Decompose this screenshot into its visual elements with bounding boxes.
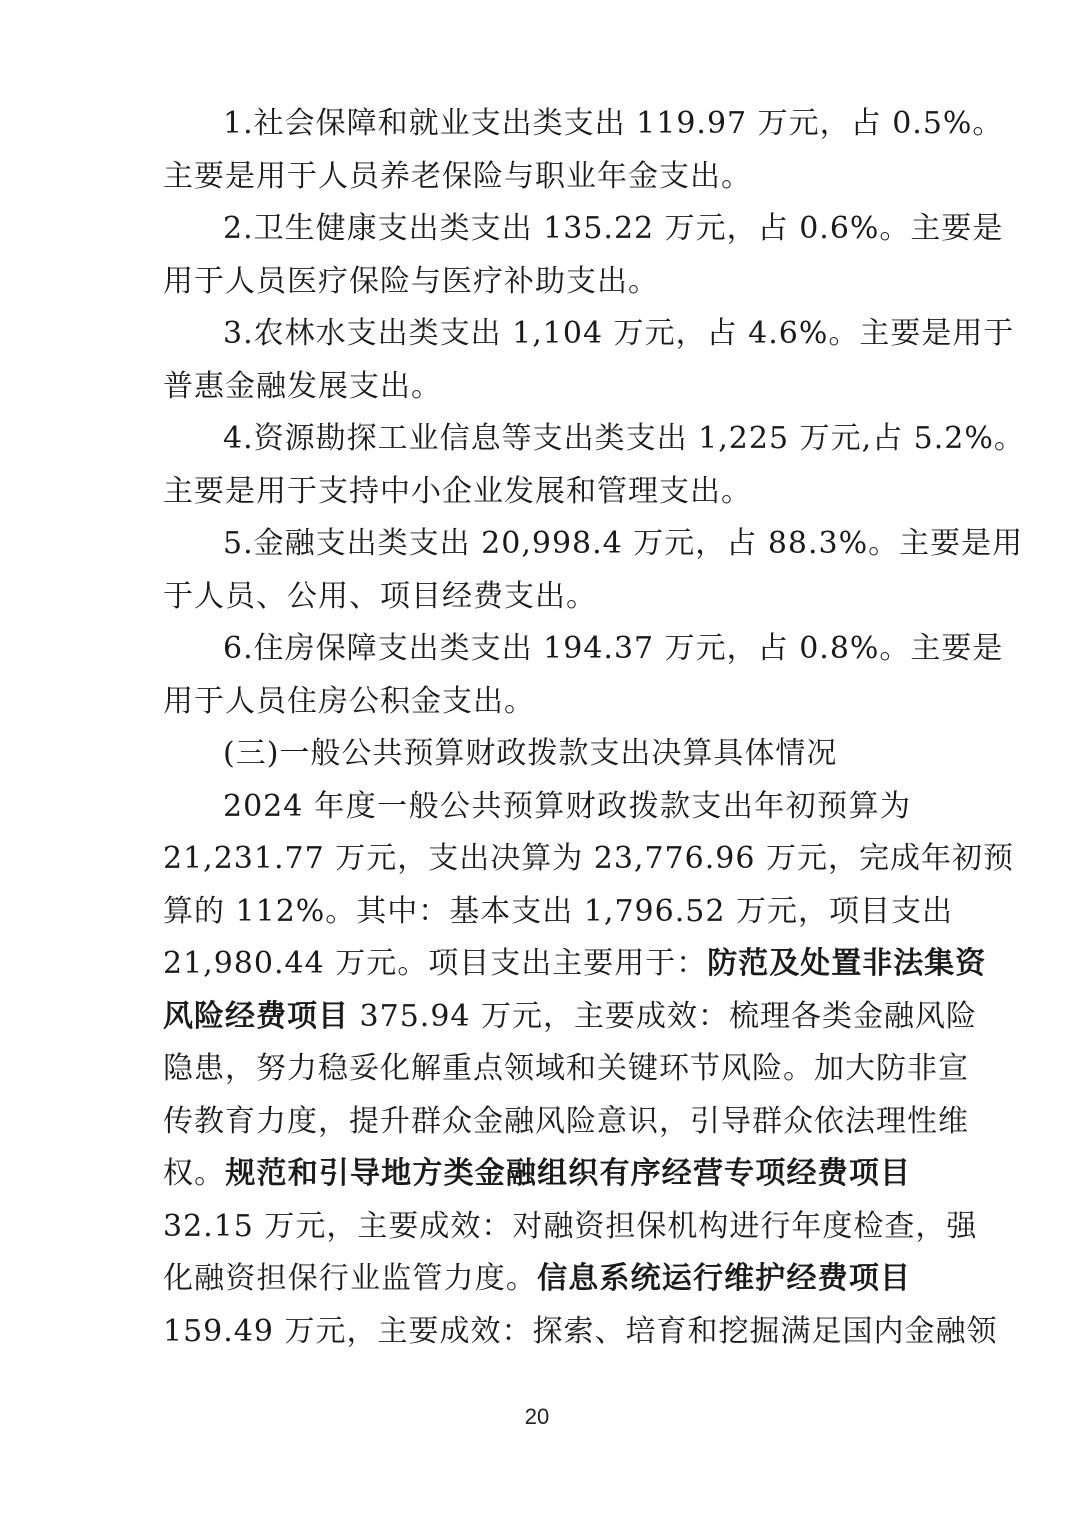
item-line: 于人员、公用、项目经费支出。 [163, 571, 911, 624]
body-line: 159.49 万元，主要成效：探索、培育和挖掘满足国内金融领 [163, 1306, 911, 1359]
expenditure-item-3: 3.农林水支出类支出 1,104 万元，占 4.6%。主要是用于 普惠金融发展支… [163, 308, 911, 413]
item-line: 1.社会保障和就业支出类支出 119.97 万元，占 0.5%。 [163, 98, 911, 151]
expenditure-item-4: 4.资源勘探工业信息等支出类支出 1,225 万元,占 5.2%。 主要是用于支… [163, 413, 911, 518]
expenditure-item-6: 6.住房保障支出类支出 194.37 万元，占 0.8%。主要是 用于人员住房公… [163, 623, 911, 728]
project-name-bold: 防范及处置非法集资 [707, 946, 986, 981]
item-line: 3.农林水支出类支出 1,104 万元，占 4.6%。主要是用于 [163, 308, 911, 361]
page-number: 20 [0, 1404, 1074, 1430]
body-line: 风险经费项目 375.94 万元，主要成效：梳理各类金融风险 [163, 991, 911, 1044]
body-text: 21,980.44 万元。项目支出主要用于： [163, 946, 707, 981]
item-line: 4.资源勘探工业信息等支出类支出 1,225 万元,占 5.2%。 [163, 413, 911, 466]
project-name-bold: 风险经费项目 [163, 999, 349, 1034]
body-line: 传教育力度，提升群众金融风险意识，引导群众依法理性维 [163, 1096, 911, 1149]
body-text: 375.94 万元，主要成效：梳理各类金融风险 [349, 999, 977, 1034]
item-line: 2.卫生健康支出类支出 135.22 万元，占 0.6%。主要是 [163, 203, 911, 256]
project-name-bold: 规范和引导地方类金融组织有序经营专项经费项目 [225, 1156, 911, 1191]
body-line: 化融资担保行业监管力度。信息系统运行维护经费项目 [163, 1253, 911, 1306]
item-line: 5.金融支出类支出 20,998.4 万元，占 88.3%。主要是用 [163, 518, 911, 571]
expenditure-item-5: 5.金融支出类支出 20,998.4 万元，占 88.3%。主要是用 于人员、公… [163, 518, 911, 623]
body-text: 化融资担保行业监管力度。 [163, 1261, 537, 1296]
item-line: 主要是用于人员养老保险与职业年金支出。 [163, 151, 911, 204]
body-line: 权。规范和引导地方类金融组织有序经营专项经费项目 [163, 1148, 911, 1201]
document-page: 1.社会保障和就业支出类支出 119.97 万元，占 0.5%。 主要是用于人员… [163, 98, 911, 1358]
body-line: 隐患，努力稳妥化解重点领域和关键环节风险。加大防非宣 [163, 1043, 911, 1096]
body-line: 2024 年度一般公共预算财政拨款支出年初预算为 [163, 781, 911, 834]
body-line: 21,231.77 万元，支出决算为 23,776.96 万元，完成年初预 [163, 833, 911, 886]
item-line: 用于人员医疗保险与医疗补助支出。 [163, 256, 911, 309]
item-line: 6.住房保障支出类支出 194.37 万元，占 0.8%。主要是 [163, 623, 911, 676]
body-line: 算的 112%。其中：基本支出 1,796.52 万元，项目支出 [163, 886, 911, 939]
item-line: 用于人员住房公积金支出。 [163, 676, 911, 729]
expenditure-item-2: 2.卫生健康支出类支出 135.22 万元，占 0.6%。主要是 用于人员医疗保… [163, 203, 911, 308]
item-line: 普惠金融发展支出。 [163, 361, 911, 414]
body-line: 21,980.44 万元。项目支出主要用于：防范及处置非法集资 [163, 938, 911, 991]
item-line: 主要是用于支持中小企业发展和管理支出。 [163, 466, 911, 519]
body-text: 权。 [163, 1156, 225, 1191]
body-line: 32.15 万元，主要成效：对融资担保机构进行年度检查，强 [163, 1201, 911, 1254]
section-heading: (三)一般公共预算财政拨款支出决算具体情况 [163, 728, 911, 781]
expenditure-item-1: 1.社会保障和就业支出类支出 119.97 万元，占 0.5%。 主要是用于人员… [163, 98, 911, 203]
body-paragraph: 2024 年度一般公共预算财政拨款支出年初预算为 21,231.77 万元，支出… [163, 781, 911, 1359]
project-name-bold: 信息系统运行维护经费项目 [537, 1261, 911, 1296]
